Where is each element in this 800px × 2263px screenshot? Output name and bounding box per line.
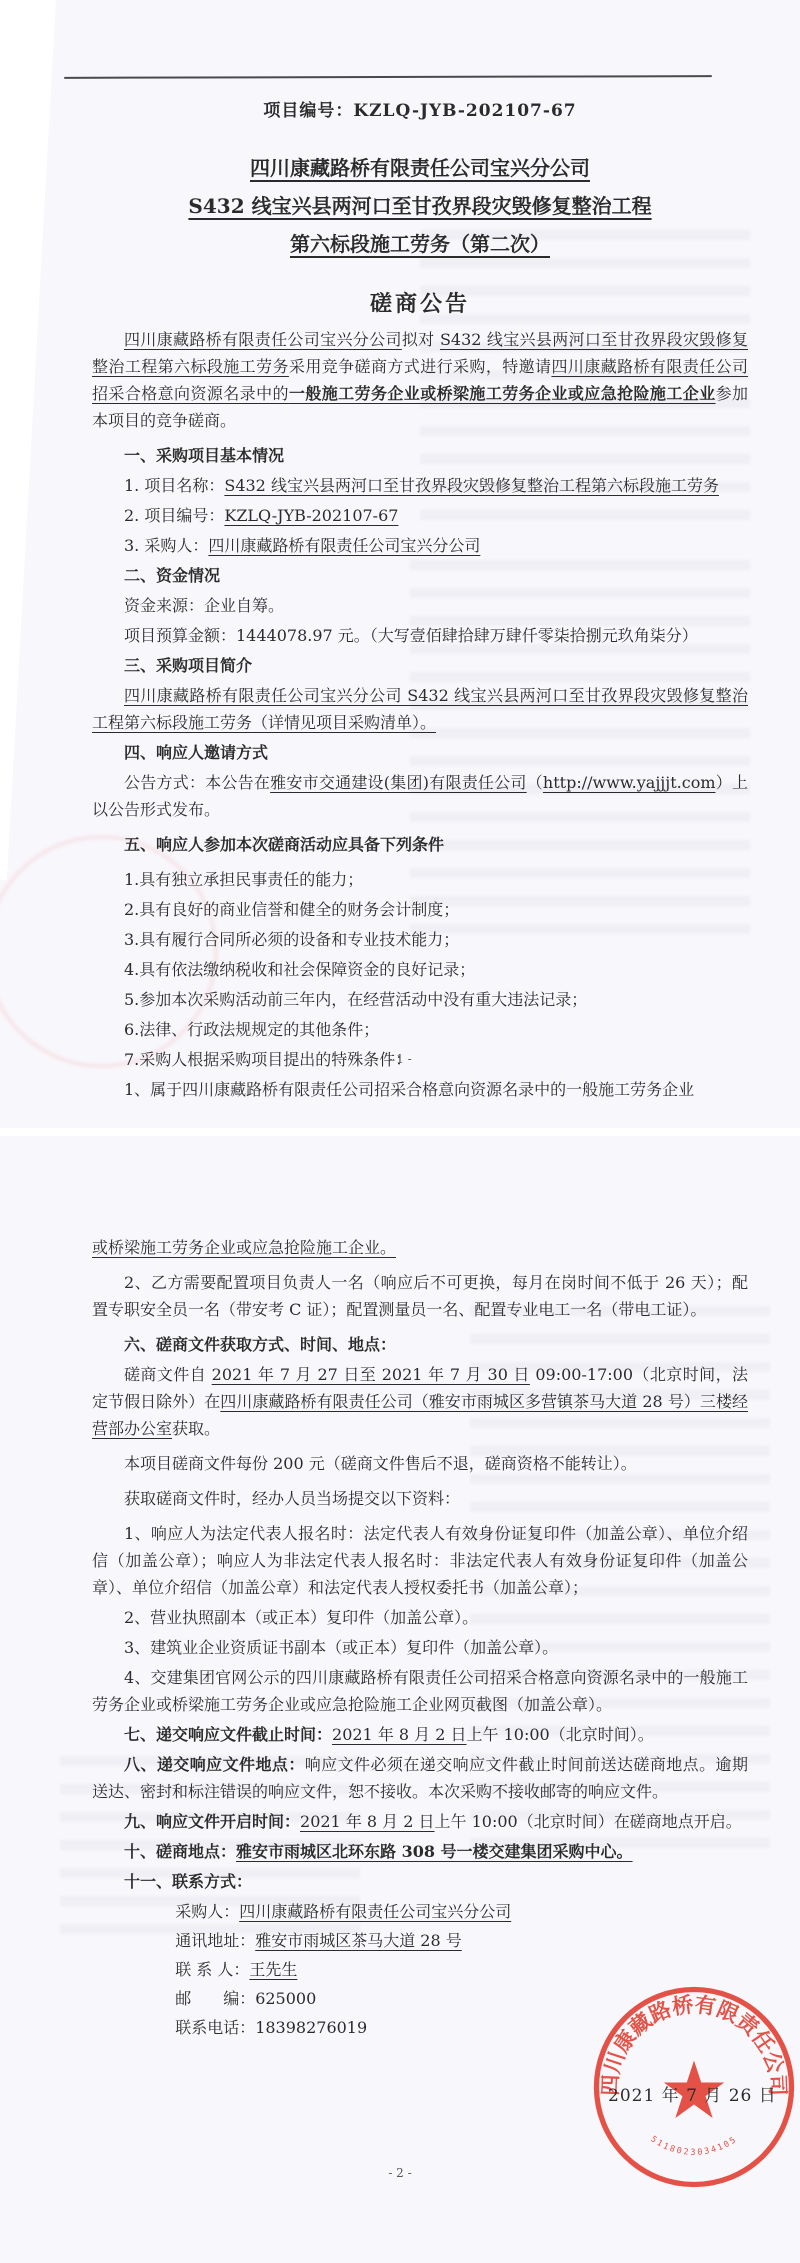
field-label: 3. 采购人： [124, 536, 208, 555]
announcement-method: 公告方式：本公告在雅安市交通建设(集团)有限责任公司（http://www.ya… [92, 769, 748, 823]
section8-label: 八、递交响应文件地点： [124, 1755, 305, 1774]
announcement-heading: 磋商公告 [92, 287, 748, 318]
project-brief-text: 四川康藏路桥有限责任公司宝兴分公司 S432 线宝兴县两河口至甘孜界段灾毁修复整… [92, 686, 748, 732]
contact-address-row: 通讯地址：雅安市雨城区茶马大道 28 号 [92, 1927, 748, 1954]
special-condition-2: 2、乙方需要配置项目负责人一名（响应后不可更换，每月在岗时间不低于 26 天）；… [92, 1269, 748, 1323]
intro-text: 采用竞争磋商方式进行采购，特邀请 [289, 357, 552, 376]
section9-open-time: 九、响应文件开启时间：2021 年 8 月 2 日上午 10:00（北京时间）在… [92, 1808, 748, 1835]
special-condition-1-cont-text: 或桥梁施工劳务企业或应急抢险施工企业。 [92, 1238, 396, 1257]
section10-label: 十、磋商地点： [124, 1842, 236, 1861]
contact-person-row: 联 系 人：王先生 [92, 1956, 748, 1983]
section9-text: 上午 10:00（北京时间）在磋商地点开启。 [435, 1812, 742, 1831]
project-name-value: S432 线宝兴县两河口至甘孜界段灾毁修复整治工程第六标段施工劳务 [224, 476, 719, 495]
section2-heading: 二、资金情况 [92, 562, 748, 589]
section5-heading: 五、响应人参加本次磋商活动应具备下列条件 [92, 831, 748, 858]
title-line-1: 四川康藏路桥有限责任公司宝兴分公司 [92, 149, 748, 187]
title-line-3: 第六标段施工劳务（第二次） [92, 225, 748, 263]
page-separator [0, 1128, 800, 1136]
project-number-value: KZLQ-JYB-202107-67 [224, 506, 398, 525]
page-number: - 2 - [0, 2166, 800, 2180]
project-brief: 四川康藏路桥有限责任公司宝兴分公司 S432 线宝兴县两河口至甘孜界段灾毁修复整… [92, 682, 748, 736]
project-number-row: 2. 项目编号：KZLQ-JYB-202107-67 [92, 502, 748, 529]
submit-materials-intro: 获取磋商文件时，经办人员当场提交以下资料： [92, 1485, 748, 1512]
obtain-text: 获取。 [172, 1419, 220, 1438]
page-number: - 1 - [0, 1052, 800, 1066]
svg-text:5118023034105: 5118023034105 [649, 2134, 739, 2157]
section11-heading: 十一、联系方式： [92, 1868, 748, 1895]
funds-source: 资金来源：企业自筹。 [92, 592, 748, 619]
field-label: 1. 项目名称： [124, 476, 224, 495]
document-fee: 本项目磋商文件每份 200 元（磋商文件售后不退，磋商资格不能转让）。 [92, 1450, 748, 1477]
required-doc-item: 4、交建集团官网公示的四川康藏路桥有限责任公司招采合格意向资源名录中的一般施工劳… [92, 1664, 748, 1718]
title-line-2: S432 线宝兴县两河口至甘孜界段灾毁修复整治工程 [92, 187, 748, 225]
contact-person: 王先生 [249, 1960, 297, 1979]
intro-buyer-name: 四川康藏路桥有限责任公司宝兴分公司 [124, 330, 402, 349]
section4-heading: 四、响应人邀请方式 [92, 739, 748, 766]
document-obtain-paragraph: 磋商文件自 2021 年 7 月 27 日至 2021 年 7 月 30 日 0… [92, 1361, 748, 1442]
field-label: 2. 项目编号： [124, 506, 224, 525]
contact-buyer: 四川康藏路桥有限责任公司宝兴分公司 [239, 1902, 511, 1921]
section3-heading: 三、采购项目简介 [92, 652, 748, 679]
section10-value: 雅安市雨城区北环东路 308 号一楼交建集团采购中心。 [236, 1842, 633, 1861]
section7-text: 上午 10:00（北京时间）。 [467, 1725, 654, 1744]
section1-heading: 一、采购项目基本情况 [92, 442, 748, 469]
section7-date: 2021 年 8 月 2 日 [332, 1725, 467, 1744]
invite-text: 公告方式：本公告在 [124, 773, 270, 792]
contact-label: 联 系 人： [175, 1960, 249, 1979]
section8-submit-location: 八、递交响应文件地点：响应文件必须在递交响应文件截止时间前送达磋商地点。逾期送达… [92, 1751, 748, 1805]
project-number-header: 项目编号：KZLQ-JYB-202107-67 [92, 0, 748, 121]
intro-text: 拟对 [402, 330, 440, 349]
condition-item: 5.参加本次采购活动前三年内，在经营活动中没有重大违法记录； [92, 986, 748, 1013]
invite-text: （ [527, 773, 543, 792]
condition-item: 6.法律、行政法规规定的其他条件； [92, 1016, 748, 1043]
contact-address: 雅安市雨城区茶马大道 28 号 [255, 1931, 462, 1950]
special-condition-1: 1、属于四川康藏路桥有限责任公司招采合格意向资源名录中的一般施工劳务企业 [92, 1076, 748, 1103]
project-name-row: 1. 项目名称：S432 线宝兴县两河口至甘孜界段灾毁修复整治工程第六标段施工劳… [92, 472, 748, 499]
obtain-text: 磋商文件自 [124, 1365, 212, 1384]
page1-content: 项目编号：KZLQ-JYB-202107-67 四川康藏路桥有限责任公司宝兴分公… [0, 0, 800, 1103]
document-page-1: 项目编号：KZLQ-JYB-202107-67 四川康藏路桥有限责任公司宝兴分公… [0, 0, 800, 1128]
section10-venue: 十、磋商地点：雅安市雨城区北环东路 308 号一楼交建集团采购中心。 [92, 1838, 748, 1865]
intro-enterprise-types: 一般施工劳务企业或桥梁施工劳务企业或应急抢险施工企业 [289, 384, 716, 403]
contact-label: 采购人： [175, 1902, 239, 1921]
document-title: 四川康藏路桥有限责任公司宝兴分公司 S432 线宝兴县两河口至甘孜界段灾毁修复整… [92, 149, 748, 263]
section7-label: 七、递交响应文件截止时间： [124, 1725, 332, 1744]
buyer-value: 四川康藏路桥有限责任公司宝兴分公司 [208, 536, 480, 555]
contact-label: 通讯地址： [175, 1931, 255, 1950]
seal-code: 5118023034105 [649, 2134, 739, 2157]
publisher-name: 雅安市交通建设(集团)有限责任公司 [270, 773, 527, 792]
contact-buyer-row: 采购人：四川康藏路桥有限责任公司宝兴分公司 [92, 1898, 748, 1925]
section9-date: 2021 年 8 月 2 日 [300, 1812, 435, 1831]
condition-item: 1.具有独立承担民事责任的能力； [92, 866, 748, 893]
section9-label: 九、响应文件开启时间： [124, 1812, 300, 1831]
page2-content: 或桥梁施工劳务企业或应急抢险施工企业。 2、乙方需要配置项目负责人一名（响应后不… [0, 1136, 800, 2041]
condition-item: 4.具有依法缴纳税收和社会保障资金的良好记录； [92, 956, 748, 983]
intro-paragraph: 四川康藏路桥有限责任公司宝兴分公司拟对 S432 线宝兴县两河口至甘孜界段灾毁修… [92, 326, 748, 434]
buyer-row: 3. 采购人：四川康藏路桥有限责任公司宝兴分公司 [92, 532, 748, 559]
publisher-url: http://www.yajjjt.com [543, 773, 716, 792]
condition-item: 3.具有履行合同所必须的设备和专业技术能力； [92, 926, 748, 953]
required-doc-item: 3、建筑业企业资质证书副本（或正本）复印件（加盖公章）。 [92, 1634, 748, 1661]
special-condition-1-continuation: 或桥梁施工劳务企业或应急抢险施工企业。 [92, 1234, 748, 1261]
budget-amount: 项目预算金额：1444078.97 元。（大写壹佰肆拾肆万肆仟零柒拾捌元玖角柒分… [92, 622, 748, 649]
section6-heading: 六、磋商文件获取方式、时间、地点： [92, 1331, 748, 1358]
signature-date: 2021 年 7 月 26 日 [608, 2081, 777, 2106]
required-doc-item: 1、响应人为法定代表人报名时：法定代表人有效身份证复印件（加盖公章）、单位介绍信… [92, 1520, 748, 1601]
required-doc-item: 2、营业执照副本（或正本）复印件（加盖公章）。 [92, 1604, 748, 1631]
obtain-date-range: 2021 年 7 月 27 日至 2021 年 7 月 30 日 [212, 1365, 530, 1384]
document-page-2: 或桥梁施工劳务企业或应急抢险施工企业。 2、乙方需要配置项目负责人一名（响应后不… [0, 1136, 800, 2263]
condition-item: 2.具有良好的商业信誉和健全的财务会计制度； [92, 896, 748, 923]
section7-deadline: 七、递交响应文件截止时间：2021 年 8 月 2 日上午 10:00（北京时间… [92, 1721, 748, 1748]
